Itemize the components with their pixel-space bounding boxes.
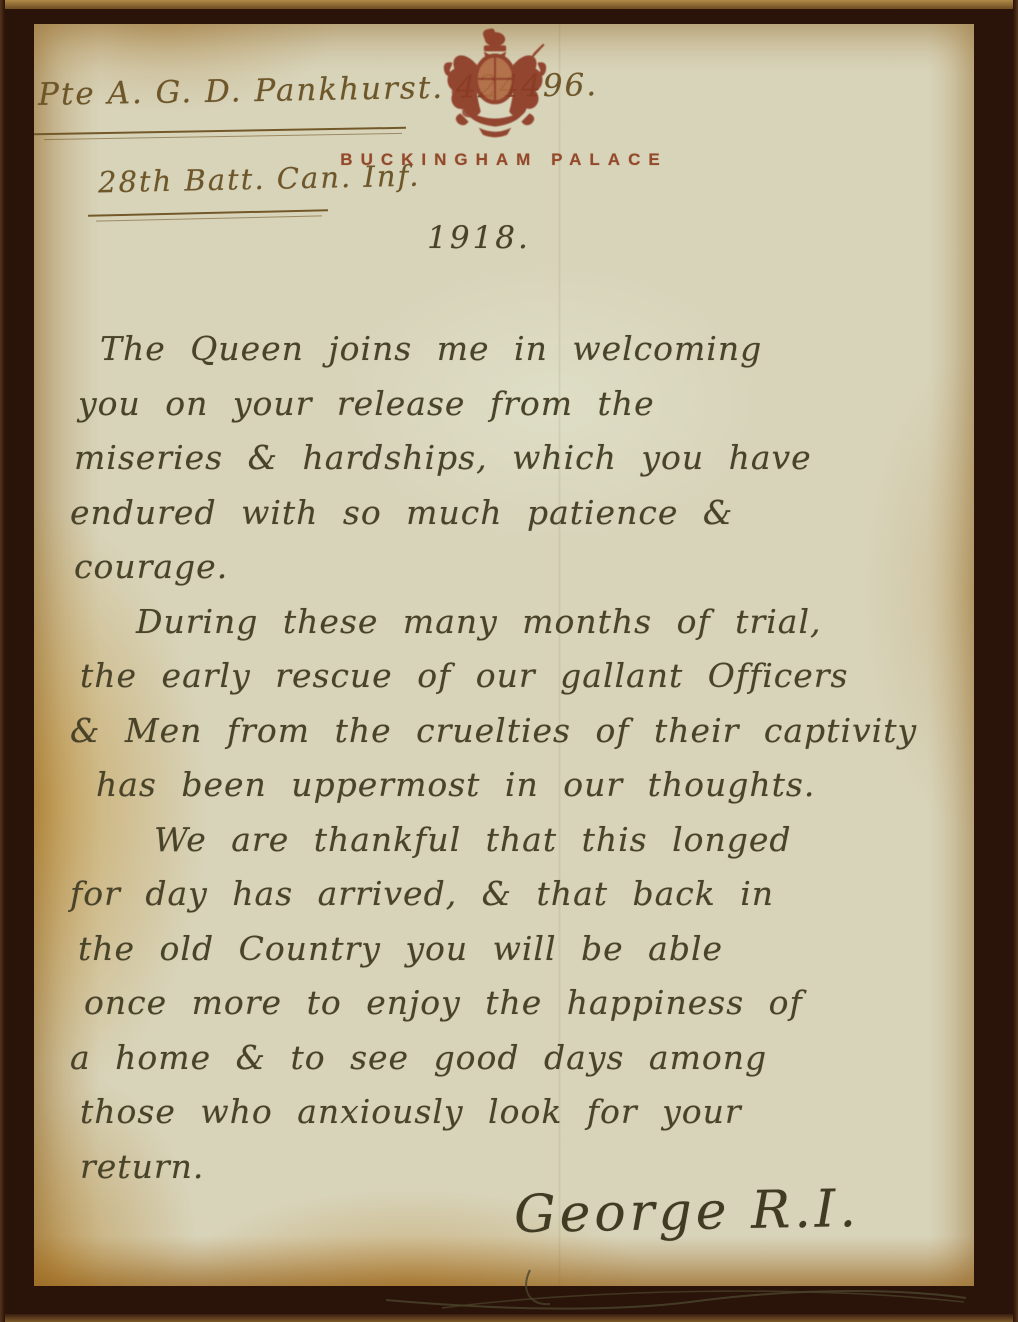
- body-line: has been uppermost in our thoughts.: [70, 758, 950, 813]
- signature-flourish-icon: [380, 1260, 972, 1312]
- frame-edge-top: [0, 0, 1018, 9]
- body-line: During these many months of trial,: [70, 595, 950, 650]
- body-line: miseries & hardships, which you have: [70, 431, 950, 486]
- frame-edge-right: [1013, 0, 1018, 1322]
- body-line: endured with so much patience &: [70, 486, 950, 541]
- frame-edge-left: [0, 0, 5, 1322]
- body-line: We are thankful that this longed: [70, 813, 950, 868]
- body-line: those who anxiously look for your: [70, 1085, 950, 1140]
- body-line: courage.: [70, 540, 950, 595]
- body-line: you on your release from the: [70, 377, 950, 432]
- letter-body: The Queen joins me in welcoming you on y…: [70, 322, 950, 1194]
- framed-letter-photo: { "letter": { "recipient": { "name_line"…: [0, 0, 1018, 1322]
- signature: George R.I.: [514, 1179, 861, 1245]
- body-line: The Queen joins me in welcoming: [70, 322, 950, 377]
- body-line: once more to enjoy the happiness of: [70, 976, 950, 1031]
- palace-letterhead: BUCKINGHAM PALACE: [34, 150, 974, 170]
- royal-coat-of-arms-icon: [434, 26, 556, 148]
- body-line: & Men from the cruelties of their captiv…: [70, 704, 950, 759]
- letter-date: 1918.: [34, 220, 974, 256]
- body-line: for day has arrived, & that back in: [70, 867, 950, 922]
- body-line: the early rescue of our gallant Officers: [70, 649, 950, 704]
- body-line: a home & to see good days among: [70, 1031, 950, 1086]
- letter-paper: Pte A. G. D. Pankhurst. 424496. 28th Bat…: [34, 24, 974, 1286]
- frame-edge-bottom: [0, 1314, 1018, 1322]
- body-line: the old Country you will be able: [70, 922, 950, 977]
